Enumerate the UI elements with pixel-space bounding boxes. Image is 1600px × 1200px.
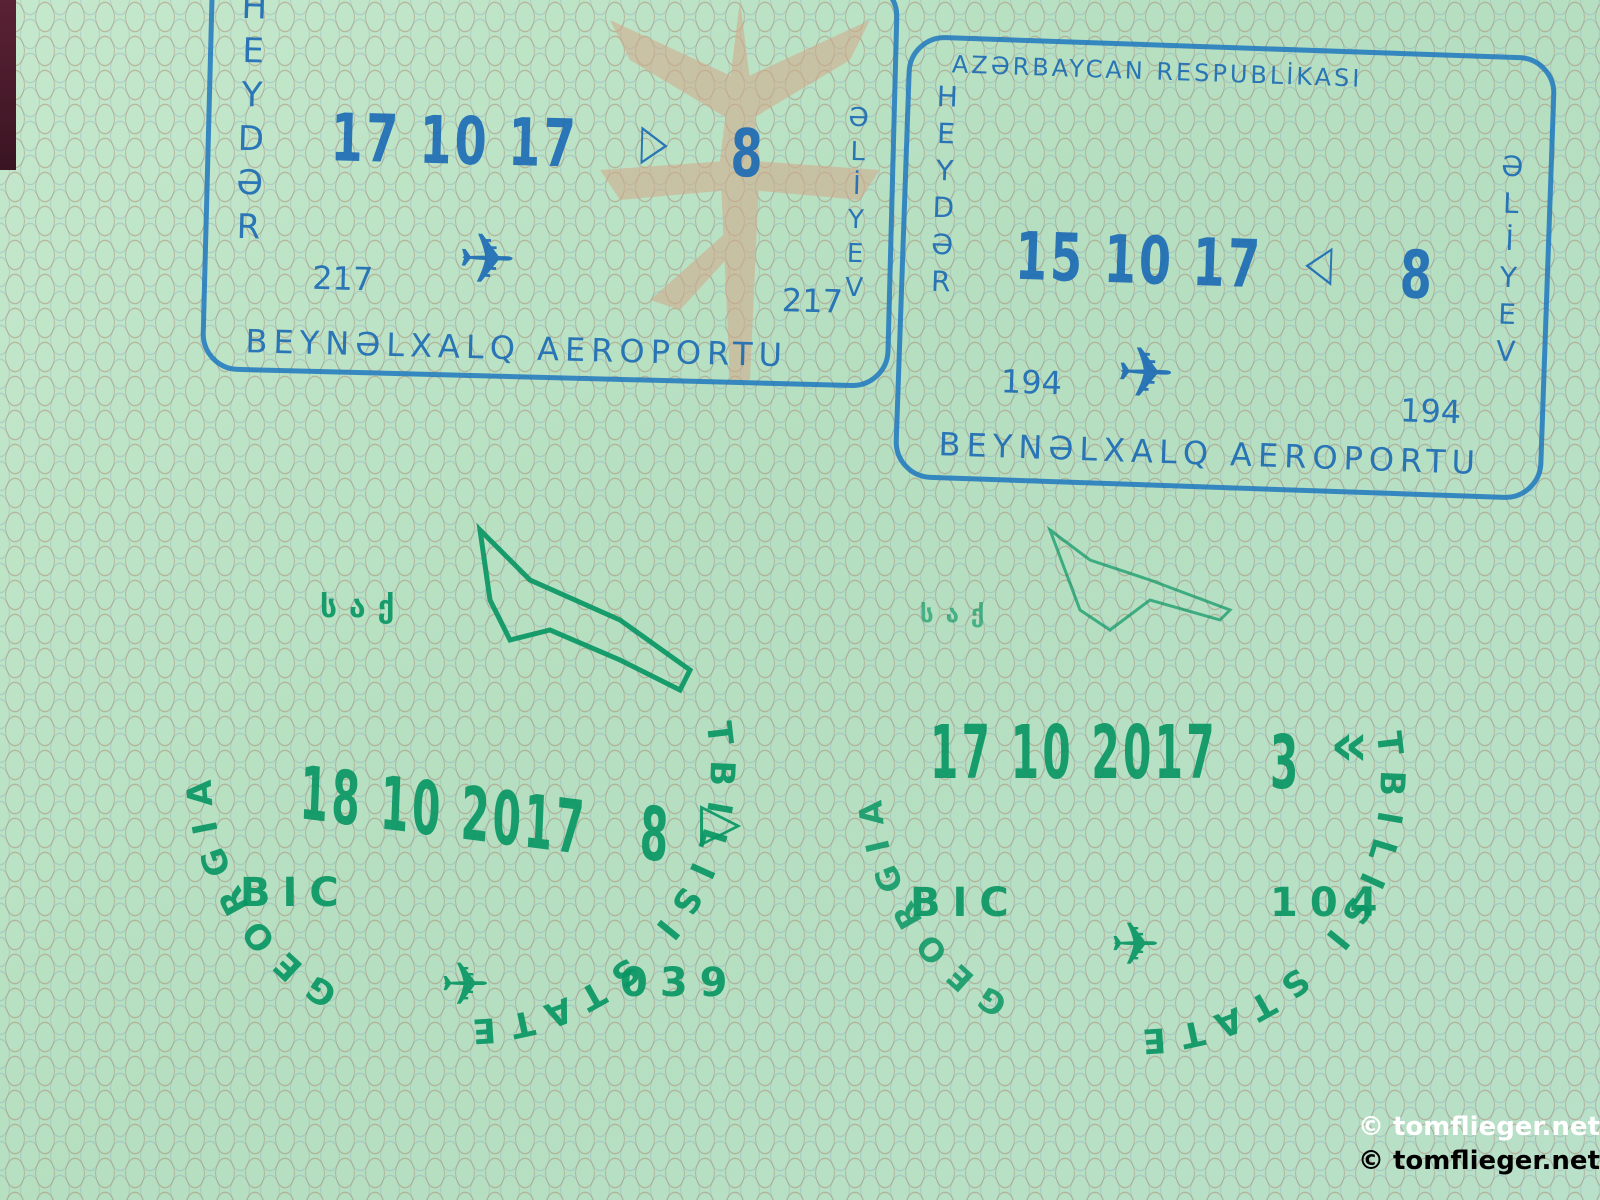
stamp-code-right: 039 [620,960,740,1006]
stamp-direction-symbol: ▷ [640,112,671,171]
svg-text:TBILISI STATE BORDER: TBILISI STATE BORDER [129,429,743,1052]
stamp-date: 17 10 17 [330,99,579,182]
stamp-bottom-text: BEYNƏLXALQ AEROPORTU [245,322,788,374]
stamp-direction-symbol: ◁ [1304,233,1336,292]
airplane-icon: ✈ [1115,331,1176,415]
stamp-code-left: 194 [1000,362,1062,402]
airplane-icon: ✈ [1110,910,1160,980]
stamp-code-right: 194 [1399,391,1461,431]
georgia-map-icon [480,530,690,690]
stamp-shift-number: 8 [1399,236,1437,314]
stamp-code-right: 104 [1270,880,1390,926]
passport-cover-edge [0,0,16,170]
stamp-georgian-word: საქ [320,590,406,625]
stamp-date: 17 10 2017 [930,710,1218,796]
georgia-entry-stamp: GEORGIA TBILISI STATE BORDER საქ 17 10 2… [820,470,1440,1090]
stamp-right-vertical: ƏLİYEV [1489,149,1530,372]
passport-page: HEYDƏR ƏLİYEV 17 10 17 ▷ 8 217 217 ✈ BEY… [0,0,1600,1200]
airplane-icon: ✈ [457,218,518,302]
stamp-shift-number: 3 [1270,720,1302,806]
stamp-left-vertical: HEYDƏR [924,80,965,303]
stamp-left-vertical: HEYDƏR [228,0,275,252]
azerbaijan-entry-stamp: AZƏRBAYCAN RESPUBLİKASI HEYDƏR ƏLİYEV 15… [892,34,1557,501]
azerbaijan-exit-stamp: HEYDƏR ƏLİYEV 17 10 17 ▷ 8 217 217 ✈ BEY… [200,0,900,389]
stamp-shift-number: 8 [730,115,767,193]
watermark-black: © tomflieger.net [1358,1146,1600,1176]
stamp-code-left: 217 [312,259,374,299]
stamp-label-left: BIC [240,870,351,916]
stamp-top-text: AZƏRBAYCAN RESPUBLİKASI [951,50,1362,92]
airplane-icon: ✈ [440,950,490,1020]
watermark-white: © tomflieger.net [1358,1112,1600,1142]
stamp-ring-bottom: TBILISI STATE BORDER [129,429,743,1052]
stamp-right-vertical: ƏLİYEV [839,103,874,308]
stamp-direction-symbol: « [1330,710,1381,780]
stamp-direction-symbol: ▷ [700,790,754,853]
georgia-exit-stamp: GEORGIA TBILISI STATE BORDER საქ 18 10 2… [150,460,770,1080]
stamp-code-right: 217 [781,281,843,321]
georgia-map-icon [1050,530,1230,630]
stamp-georgian-word: საქ [920,600,996,628]
stamp-shift-number: 8 [638,790,673,880]
stamp-label-left: BIC [910,880,1021,926]
stamp-date: 15 10 17 [1014,218,1264,304]
